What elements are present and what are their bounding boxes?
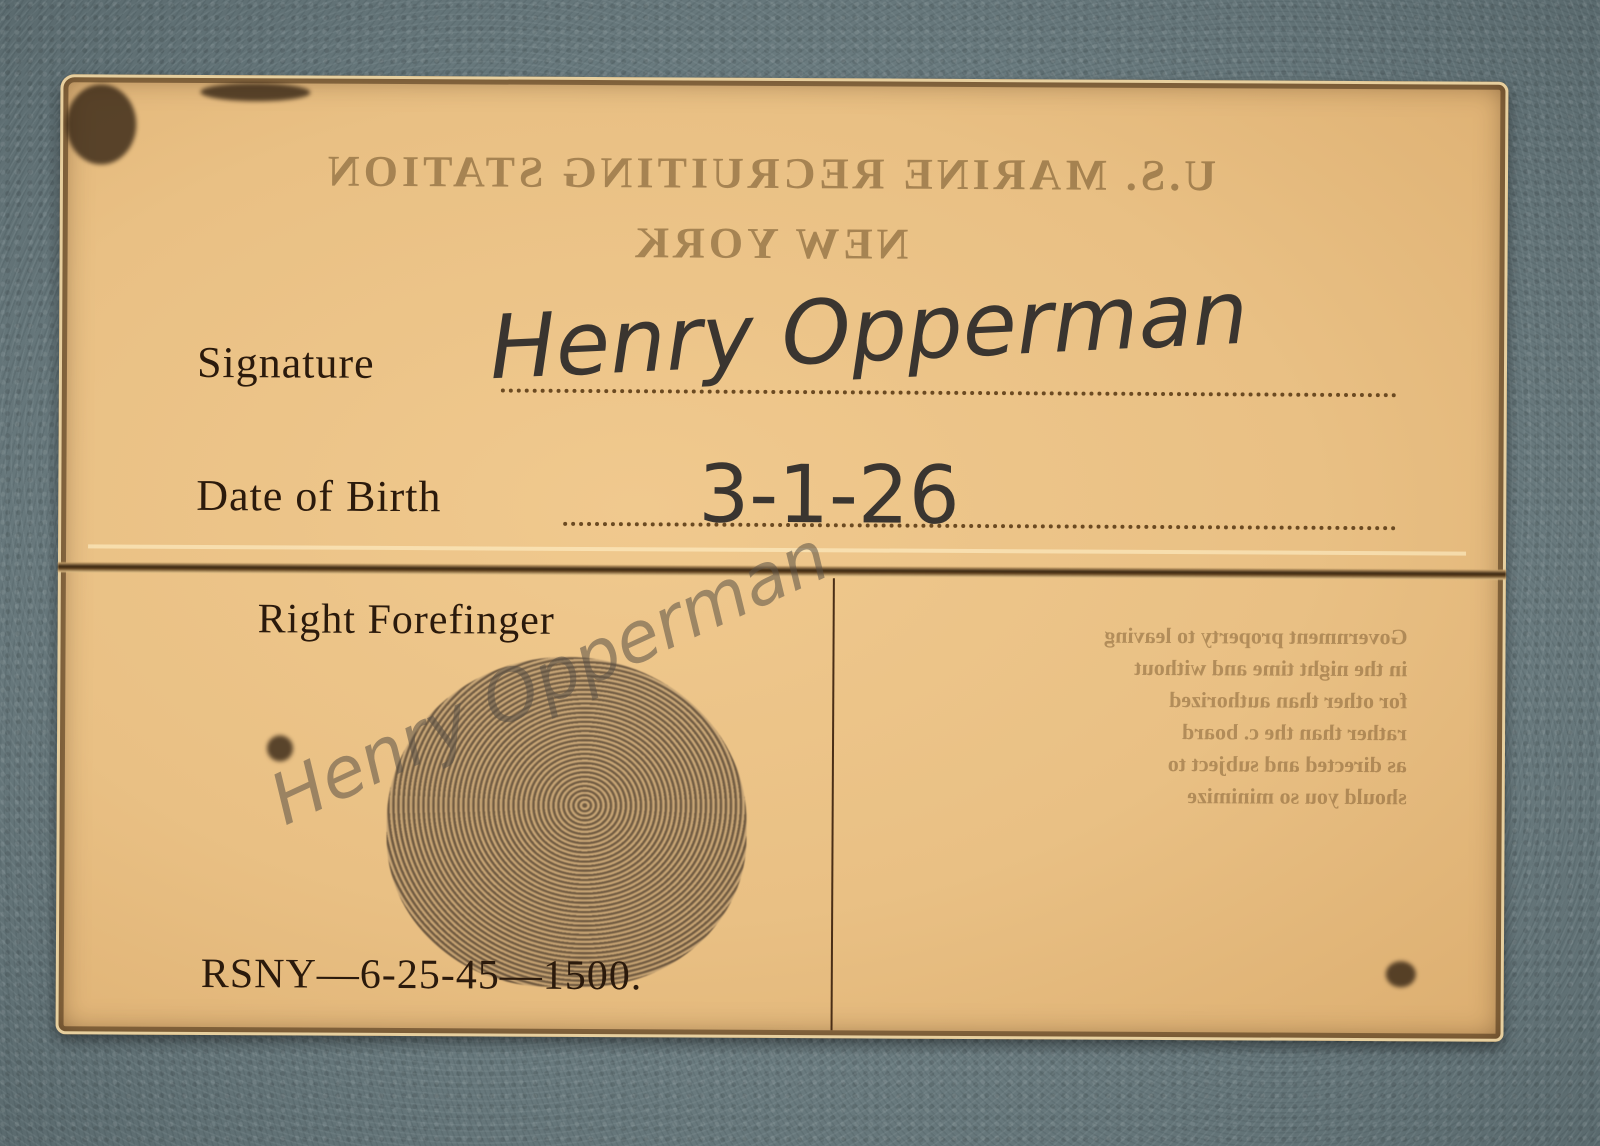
date-of-birth-label: Date of Birth [196, 470, 441, 522]
signature-label: Signature [197, 337, 375, 389]
column-divider [831, 578, 835, 1030]
mirrored-header-line2: NEW YORK [250, 215, 1290, 271]
signature-handwriting: Henry Opperman [487, 261, 1250, 400]
mirrored-header-line1: U.S. MARINE RECRUITING STATION [250, 145, 1290, 201]
date-of-birth-handwriting: 3-1-26 [698, 448, 960, 542]
fingerprint-label: Right Forefinger [258, 595, 555, 645]
recruiting-id-card: U.S. MARINE RECRUITING STATION NEW YORK … [55, 74, 1508, 1042]
edge-stain [1386, 961, 1416, 987]
edge-stain [200, 83, 310, 102]
bleed-through-text: Government property to leaving in the ni… [847, 618, 1408, 813]
form-code: RSNY—6-25-45—1500. [201, 950, 643, 1000]
date-of-birth-line [563, 522, 1396, 530]
corner-stain [66, 84, 136, 164]
